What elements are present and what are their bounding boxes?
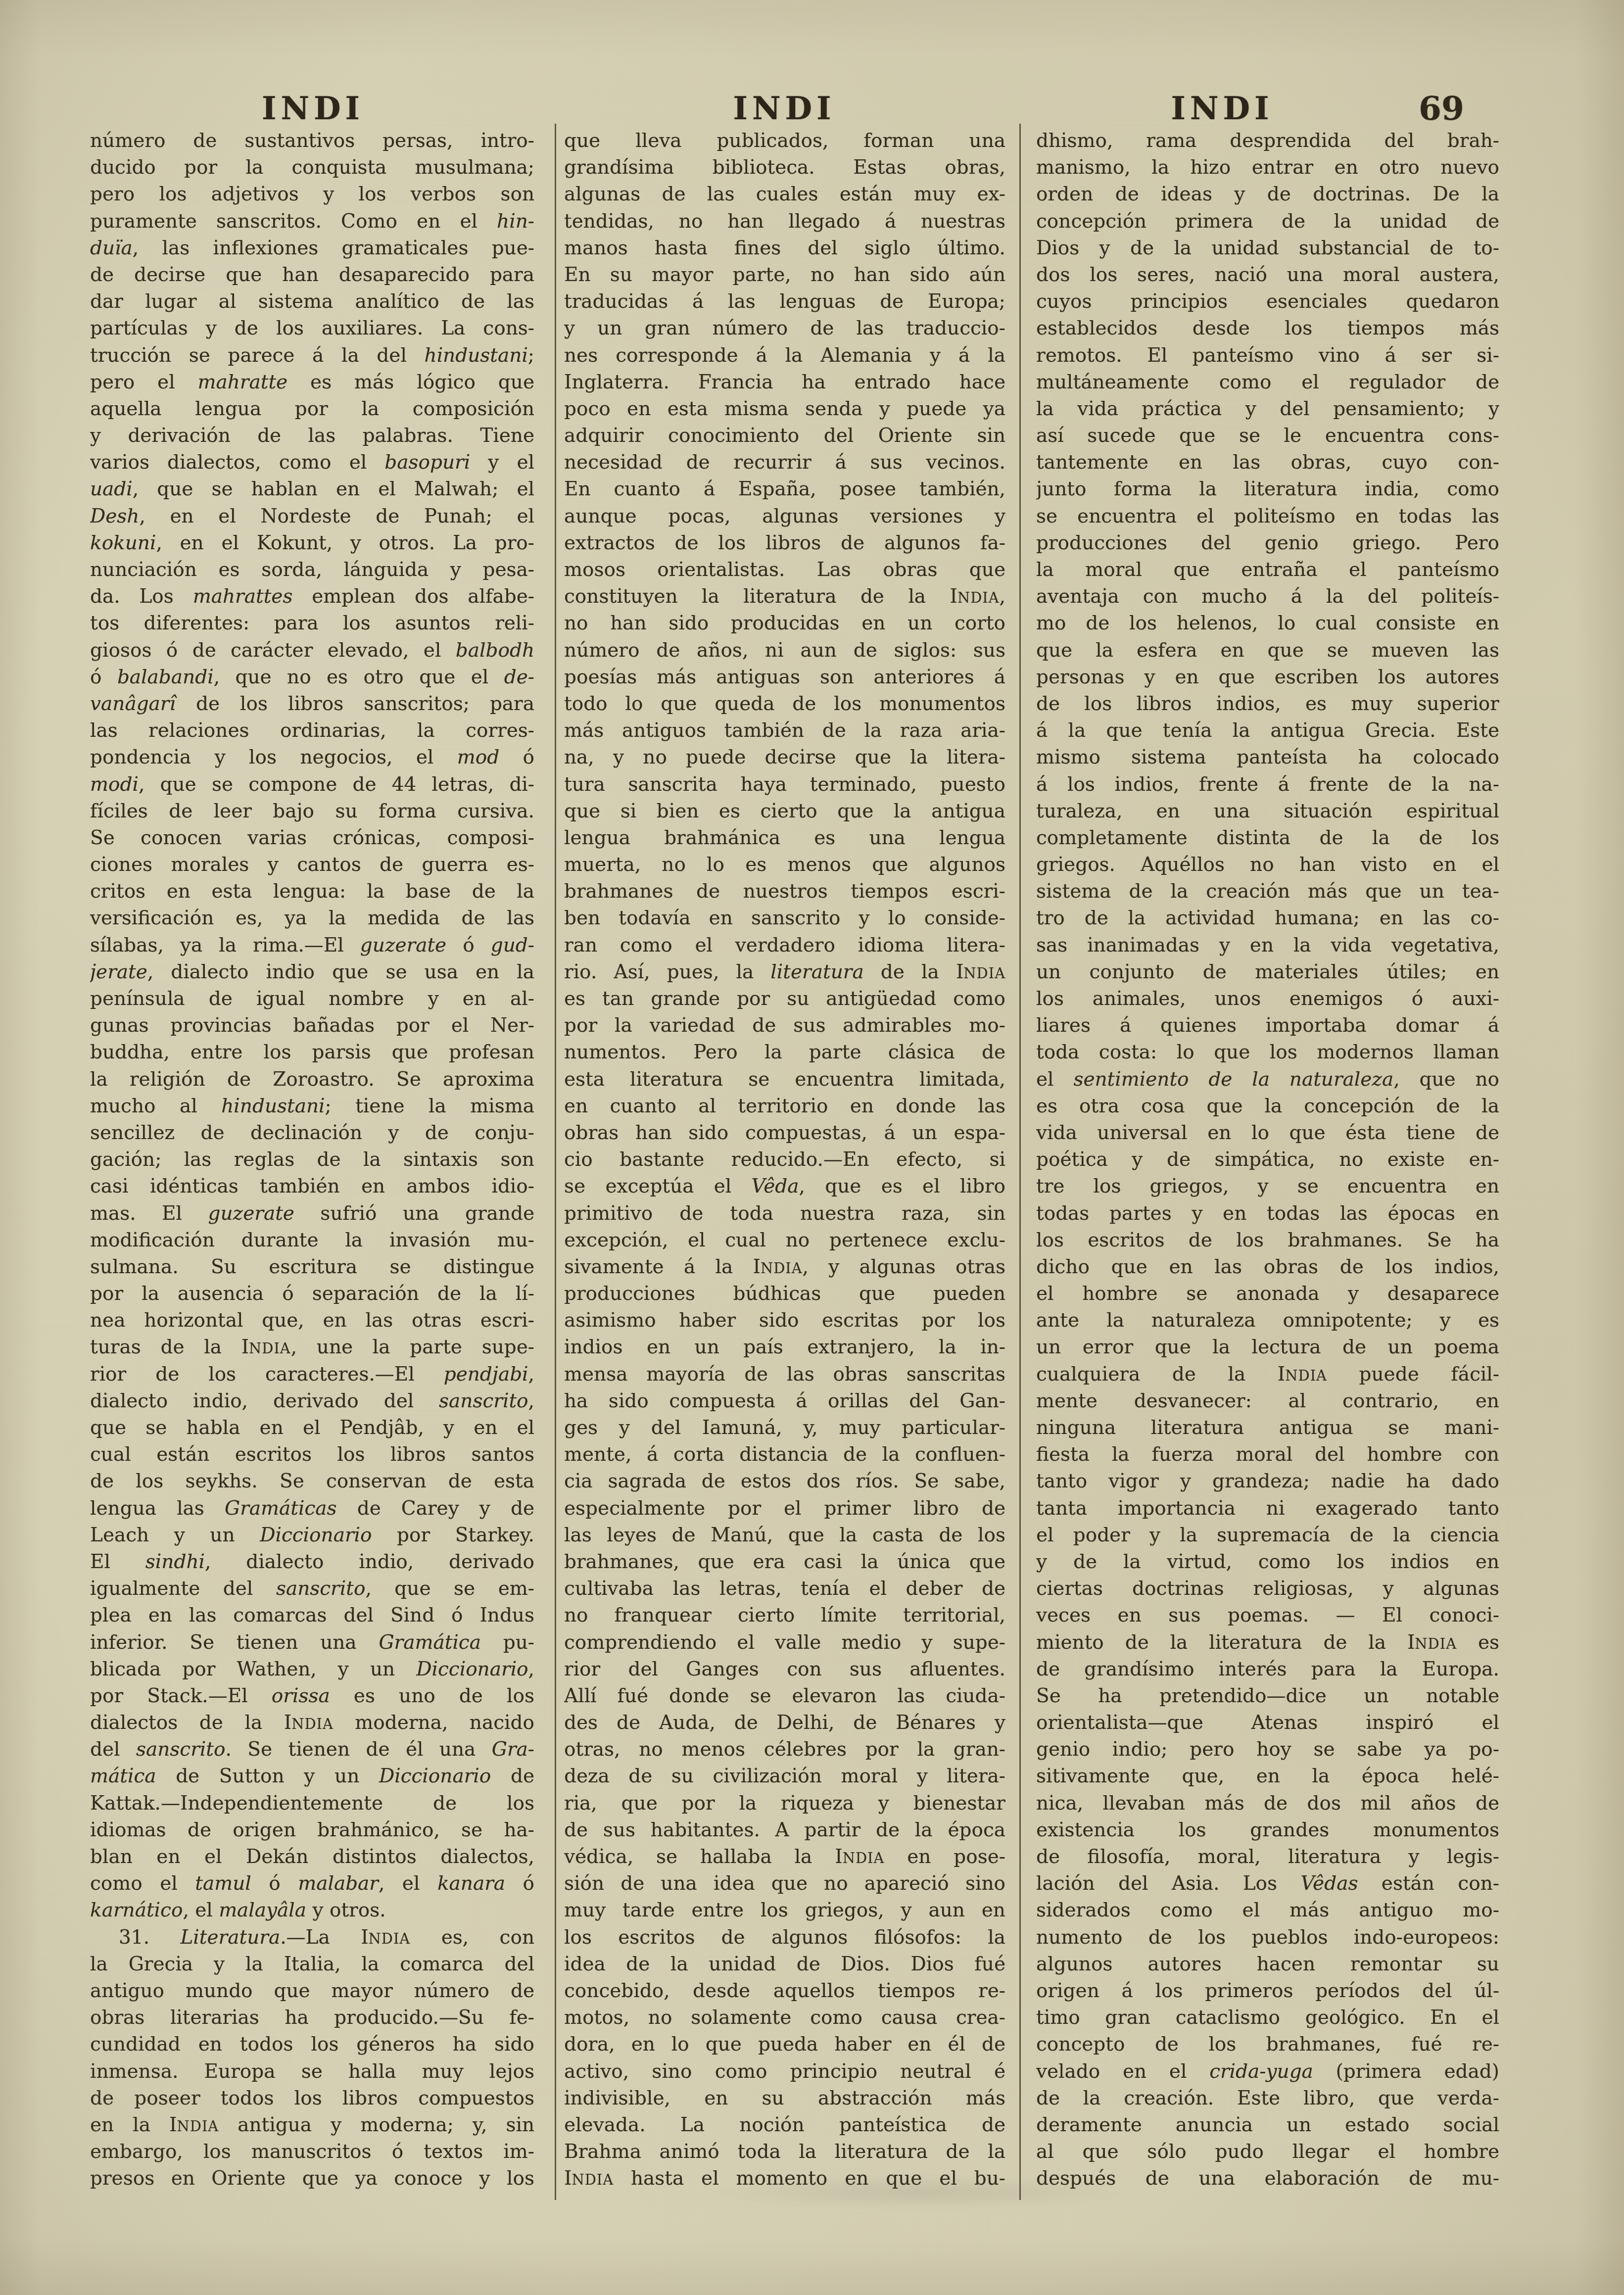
text-line: des de Auda, de Delhi, de Bénares y (564, 1710, 1005, 1736)
text-line: otras, no menos célebres por la gran- (564, 1736, 1005, 1763)
text-line: numentos. Pero la parte clásica de (564, 1039, 1005, 1066)
text-line: cio bastante reducido.—En efecto, si (564, 1147, 1005, 1173)
text-line: activo, sino como principio neutral é (564, 2058, 1005, 2085)
text-line: ninguna literatura antigua se mani- (1036, 1415, 1499, 1441)
text-line: de sus habitantes. A partir de la época (564, 1817, 1005, 1844)
text-line: miento de la literatura de la India es (1036, 1629, 1499, 1656)
text-line: deza de su civilización moral y litera- (564, 1763, 1005, 1790)
running-head-col1: INDI (89, 90, 537, 130)
text-line: sulmana. Su escritura se distingue (90, 1254, 534, 1281)
text-line: concepción primera de la unidad de (1036, 208, 1499, 235)
text-line: vida universal en lo que ésta tiene de (1036, 1120, 1499, 1147)
text-line: jerate, dialecto indio que se usa en la (90, 959, 534, 986)
text-line: de los libros indios, es muy superior (1036, 691, 1499, 717)
text-line: plea en las comarcas del Sind ó Indus (90, 1602, 534, 1629)
text-line: Desh, en el Nordeste de Punah; el (90, 503, 534, 530)
text-line: la vida práctica y del pensamiento; y (1036, 396, 1499, 423)
text-line: ges y del Iamuná, y, muy particular- (564, 1415, 1005, 1441)
text-line: poco en esta misma senda y puede ya (564, 396, 1005, 423)
text-line: veces en sus poemas. — El conoci- (1036, 1602, 1499, 1629)
text-line: timo gran cataclismo geológico. En el (1036, 2005, 1499, 2031)
text-line: presos en Oriente que ya conoce y los (90, 2165, 534, 2192)
text-line: rior de los caracteres.—El pendjabi, (90, 1361, 534, 1388)
text-line: orden de ideas y de doctrinas. De la (1036, 181, 1499, 208)
text-line: origen á los primeros períodos del úl- (1036, 1978, 1499, 2005)
text-line: idea de la unidad de Dios. Dios fué (564, 1951, 1005, 1978)
text-line: cuyos principios esenciales quedaron (1036, 288, 1499, 315)
text-column-1: número de sustantivos persas, intro-duci… (90, 128, 534, 2192)
text-line: mática de Sutton y un Diccionario de (90, 1763, 534, 1790)
text-line: es tan grande por su antigüedad como (564, 986, 1005, 1012)
text-line: pondencia y los negocios, el mod ó (90, 744, 534, 771)
text-line: gunas provincias bañadas por el Ner- (90, 1012, 534, 1039)
text-line: tura sanscrita haya terminado, puesto (564, 771, 1005, 798)
text-line: un conjunto de materiales útiles; en (1036, 959, 1499, 986)
text-line: dar lugar al sistema analítico de las (90, 288, 534, 315)
text-line: número de sustantivos persas, intro- (90, 128, 534, 154)
text-line: griegos. Aquéllos no han visto en el (1036, 852, 1499, 878)
text-line: 31. Literatura.—La India es, con (90, 1924, 534, 1951)
text-line: remotos. El panteísmo vino á ser si- (1036, 342, 1499, 369)
text-line: adquirir conocimiento del Oriente sin (564, 423, 1005, 449)
text-line: uadi, que se hablan en el Malwah; el (90, 476, 534, 503)
text-line: de poseer todos los libros compuestos (90, 2085, 534, 2112)
text-line: no han sido producidas en un corto (564, 610, 1005, 637)
text-line: tro de la actividad humana; en las co- (1036, 905, 1499, 932)
text-line: existencia los grandes monumentos (1036, 1817, 1499, 1844)
text-line: giosos ó de carácter elevado, el balbodh (90, 637, 534, 664)
text-line: brahmanes, que era casi la única que (564, 1549, 1005, 1576)
text-line: todo lo que queda de los monumentos (564, 691, 1005, 717)
text-line: por la ausencia ó separación de la lí- (90, 1281, 534, 1307)
running-head-col3: INDI (1034, 90, 1410, 130)
page-number: 69 (1404, 89, 1479, 129)
text-line: elevada. La noción panteística de (564, 2112, 1005, 2139)
text-line: fíciles de leer bajo su forma cursiva. (90, 798, 534, 825)
text-line: trucción se parece á la del hindustani; (90, 342, 534, 369)
text-line: poética y de simpática, no existe en- (1036, 1147, 1499, 1173)
text-column-3: dhismo, rama desprendida del brah-manism… (1036, 128, 1499, 2192)
text-line: producciones del genio griego. Pero (1036, 530, 1499, 557)
text-line: como el tamul ó malabar, el kanara ó (90, 1870, 534, 1897)
text-line: védica, se hallaba la India en pose- (564, 1844, 1005, 1870)
text-line: de grandísimo interés para la Europa. (1036, 1656, 1499, 1683)
text-line: por la variedad de sus admirables mo- (564, 1012, 1005, 1039)
text-line: que la esfera en que se mueven las (1036, 637, 1499, 664)
text-line: y de la virtud, como los indios en (1036, 1549, 1499, 1576)
text-line: deramente anuncia un estado social (1036, 2112, 1499, 2139)
text-line: velado en el crida-yuga (primera edad) (1036, 2058, 1499, 2085)
text-line: tanto vigor y grandeza; nadie ha dado (1036, 1468, 1499, 1495)
text-line: la Grecia y la Italia, la comarca del (90, 1951, 534, 1978)
text-line: embargo, los manuscritos ó textos im- (90, 2139, 534, 2165)
text-line: tantemente en las obras, cuyo con- (1036, 449, 1499, 476)
text-line: traducidas á las lenguas de Europa; (564, 288, 1005, 315)
column-divider-1 (555, 124, 556, 2200)
text-line: se encuentra el politeísmo en todas las (1036, 503, 1499, 530)
text-line: vanâgarî de los libros sanscritos; para (90, 691, 534, 717)
text-line: rior del Ganges con sus afluentes. (564, 1656, 1005, 1683)
text-line: ben todavía en sanscrito y lo conside- (564, 905, 1005, 932)
text-line: Kattak.—Independientemente de los (90, 1790, 534, 1817)
text-line: buddha, entre los parsis que profesan (90, 1039, 534, 1066)
text-line: á la que tenía la antigua Grecia. Este (1036, 717, 1499, 744)
text-line: los animales, unos enemigos ó auxi- (1036, 986, 1499, 1012)
text-line: extractos de los libros de algunos fa- (564, 530, 1005, 557)
text-line: dialectos de la India moderna, nacido (90, 1710, 534, 1736)
text-line: obras han sido compuestas, á un espa- (564, 1120, 1005, 1147)
text-line: mosos orientalistas. Las obras que (564, 557, 1005, 583)
text-line: manos hasta fines del siglo último. (564, 235, 1005, 262)
text-line: el sentimiento de la naturaleza, que no (1036, 1066, 1499, 1093)
text-line: dialecto indio, derivado del sanscrito, (90, 1388, 534, 1415)
text-line: Leach y un Diccionario por Starkey. (90, 1522, 534, 1549)
text-line: es otra cosa que la concepción de la (1036, 1093, 1499, 1120)
text-line: India hasta el momento en que el bu- (564, 2165, 1005, 2192)
text-line: concepto de los brahmanes, fué re- (1036, 2031, 1499, 2058)
text-line: mo de los helenos, lo cual consiste en (1036, 610, 1499, 637)
text-line: Se ha pretendido—dice un notable (1036, 1683, 1499, 1710)
text-line: mente, á corta distancia de la confluen- (564, 1441, 1005, 1468)
text-line: personas y en que escriben los autores (1036, 664, 1499, 691)
text-line: primitivo de toda nuestra raza, sin (564, 1200, 1005, 1227)
text-line: critos en esta lengua: la base de la (90, 878, 534, 905)
text-line: mas. El guzerate sufrió una grande (90, 1200, 534, 1227)
text-line: cia sagrada de estos dos ríos. Se sabe, (564, 1468, 1005, 1495)
text-line: lengua las Gramáticas de Carey y de (90, 1495, 534, 1522)
text-line: brahmanes de nuestros tiempos escri- (564, 878, 1005, 905)
text-line: sivamente á la India, y algunas otras (564, 1254, 1005, 1281)
text-line: siderados como el más antiguo mo- (1036, 1897, 1499, 1924)
text-line: junto forma la literatura india, como (1036, 476, 1499, 503)
text-line: motos, no solamente como causa crea- (564, 2005, 1005, 2031)
text-line: En cuanto á España, posee también, (564, 476, 1005, 503)
text-line: Dios y de la unidad substancial de to- (1036, 235, 1499, 262)
text-line: se exceptúa el Vêda, que es el libro (564, 1173, 1005, 1200)
text-line: turaleza, en una situación espiritual (1036, 798, 1499, 825)
text-column-2: que lleva publicados, forman unagrandísi… (564, 128, 1005, 2192)
text-line: muy tarde entre los griegos, y aun en (564, 1897, 1005, 1924)
text-line: sílabas, ya la rima.—El guzerate ó gud- (90, 932, 534, 959)
text-line: de la creación. Este libro, que verda- (1036, 2085, 1499, 2112)
text-line: mensa mayoría de las obras sanscritas (564, 1361, 1005, 1388)
text-line: producciones búdhicas que pueden (564, 1281, 1005, 1307)
text-line: en la India antigua y moderna; y, sin (90, 2112, 534, 2139)
text-line: ran como el verdadero idioma litera- (564, 932, 1005, 959)
text-line: blicada por Wathen, y un Diccionario, (90, 1656, 534, 1683)
text-line: mucho al hindustani; tiene la misma (90, 1093, 534, 1120)
text-line: duïa, las inflexiones gramaticales pue- (90, 235, 534, 262)
text-line: poesías más antiguas son anteriores á (564, 664, 1005, 691)
text-line: más antiguos también de la raza aria- (564, 717, 1005, 744)
text-line: ó balabandi, que no es otro que el de- (90, 664, 534, 691)
text-line: ciones morales y cantos de guerra es- (90, 852, 534, 878)
text-line: que si bien es cierto que la antigua (564, 798, 1005, 825)
text-line: todas partes y en todas las épocas en (1036, 1200, 1499, 1227)
text-line: grandísima biblioteca. Estas obras, (564, 154, 1005, 181)
text-line: necesidad de recurrir á sus vecinos. (564, 449, 1005, 476)
text-line: los escritos de algunos filósofos: la (564, 1924, 1005, 1951)
text-line: mente desvanecer: al contrario, en (1036, 1388, 1499, 1415)
text-line: por Stack.—El orissa es uno de los (90, 1683, 534, 1710)
text-line: península de igual nombre y en al- (90, 986, 534, 1012)
text-line: aunque pocas, algunas versiones y (564, 503, 1005, 530)
text-line: rio. Así, pues, la literatura de la Indi… (564, 959, 1005, 986)
text-line: orientalista—que Atenas inspiró el (1036, 1710, 1499, 1736)
text-line: cultivaba las letras, tenía el deber de (564, 1576, 1005, 1602)
text-line: las relaciones ordinarias, la corres- (90, 717, 534, 744)
text-line: establecidos desde los tiempos más (1036, 315, 1499, 342)
text-line: ha sido compuesta á orillas del Gan- (564, 1388, 1005, 1415)
text-line: En su mayor parte, no han sido aún (564, 262, 1005, 288)
text-line: del sanscrito. Se tienen de él una Gra- (90, 1736, 534, 1763)
text-line: pero los adjetivos y los verbos son (90, 181, 534, 208)
text-line: puramente sanscritos. Como en el hin- (90, 208, 534, 235)
text-line: algunas de las cuales están muy ex- (564, 181, 1005, 208)
text-line: na, y no puede decirse que la litera- (564, 744, 1005, 771)
text-line: sitivamente que, en la época helé- (1036, 1763, 1499, 1790)
text-line: los escritos de los brahmanes. Se ha (1036, 1227, 1499, 1254)
text-line: gación; las reglas de la sintaxis son (90, 1147, 534, 1173)
text-line: ciertas doctrinas religiosas, y algunas (1036, 1576, 1499, 1602)
text-line: idiomas de origen brahmánico, se ha- (90, 1817, 534, 1844)
text-line: obras literarias ha producido.—Su fe- (90, 2005, 534, 2031)
text-line: esta literatura se encuentra limitada, (564, 1066, 1005, 1093)
text-line: y un gran número de las traduccio- (564, 315, 1005, 342)
text-line: varios dialectos, como el basopuri y el (90, 449, 534, 476)
text-line: lengua brahmánica es una lengua (564, 825, 1005, 852)
text-line: dos los seres, nació una moral austera, (1036, 262, 1499, 288)
text-line: excepción, el cual no pertenece exclu- (564, 1227, 1005, 1254)
text-line: Allí fué donde se elevaron las ciuda- (564, 1683, 1005, 1710)
text-line: algunos autores hacen remontar su (1036, 1951, 1499, 1978)
text-line: dora, en lo que pueda haber en él de (564, 2031, 1005, 2058)
text-line: lación del Asia. Los Vêdas están con- (1036, 1870, 1499, 1897)
text-line: muerta, no lo es menos que algunos (564, 852, 1005, 878)
text-line: turas de la India, une la parte supe- (90, 1334, 534, 1361)
text-line: nea horizontal que, en las otras escri- (90, 1307, 534, 1334)
text-line: ante la naturaleza omnipotente; y es (1036, 1307, 1499, 1334)
text-line: especialmente por el primer libro de (564, 1495, 1005, 1522)
text-line: ria, que por la riqueza y bienestar (564, 1790, 1005, 1817)
text-line: ducido por la conquista musulmana; (90, 154, 534, 181)
text-line: multáneamente como el regulador de (1036, 369, 1499, 396)
text-line: completamente distinta de la de los (1036, 825, 1499, 852)
text-line: comprendiendo el valle medio y supe- (564, 1629, 1005, 1656)
text-line: dhismo, rama desprendida del brah- (1036, 128, 1499, 154)
scanned-page: INDI INDI INDI 69 número de sustantivos … (0, 0, 1624, 2295)
text-line: sas inanimadas y en la vida vegetativa, (1036, 932, 1499, 959)
text-line: así sucede que se le encuentra cons- (1036, 423, 1499, 449)
text-line: cualquiera de la India puede fácil- (1036, 1361, 1499, 1388)
text-line: á los indios, frente á frente de la na- (1036, 771, 1499, 798)
text-line: de decirse que han desaparecido para (90, 262, 534, 288)
text-line: indios en un país extranjero, la in- (564, 1334, 1005, 1361)
text-line: genio indio; pero hoy se sabe ya po- (1036, 1736, 1499, 1763)
text-line: Se conocen varias crónicas, composi- (90, 825, 534, 852)
text-line: toda costa: lo que los modernos llaman (1036, 1039, 1499, 1066)
text-line: la religión de Zoroastro. Se aproxima (90, 1066, 534, 1093)
text-line: dicho que en las obras de los indios, (1036, 1254, 1499, 1281)
text-line: nica, llevaban más de dos mil años de (1036, 1790, 1499, 1817)
text-line: blan en el Dekán distintos dialectos, (90, 1844, 534, 1870)
text-line: El sindhi, dialecto indio, derivado (90, 1549, 534, 1576)
text-line: el hombre se anonada y desaparece (1036, 1281, 1499, 1307)
text-line: igualmente del sanscrito, que se em- (90, 1576, 534, 1602)
text-line: karnático, el malayâla y otros. (90, 1897, 534, 1924)
text-line: modificación durante la invasión mu- (90, 1227, 534, 1254)
text-line: de filosofía, moral, literatura y legis- (1036, 1844, 1499, 1870)
text-line: las leyes de Manú, que la casta de los (564, 1522, 1005, 1549)
text-line: concebido, desde aquellos tiempos re- (564, 1978, 1005, 2005)
text-line: después de una elaboración de mu- (1036, 2165, 1499, 2192)
text-line: de los seykhs. Se conservan de esta (90, 1468, 534, 1495)
text-line: partículas y de los auxiliares. La cons- (90, 315, 534, 342)
text-line: numento de los pueblos indo-europeos: (1036, 1924, 1499, 1951)
text-line: tos diferentes: para los asuntos reli- (90, 610, 534, 637)
text-line: número de años, ni aun de siglos: sus (564, 637, 1005, 664)
text-line: inmensa. Europa se halla muy lejos (90, 2058, 534, 2085)
text-line: inferior. Se tienen una Gramática pu- (90, 1629, 534, 1656)
text-line: en cuanto al territorio en donde las (564, 1093, 1005, 1120)
text-line: da. Los mahrattes emplean dos alfabe- (90, 583, 534, 610)
running-head-col2: INDI (562, 90, 1007, 130)
text-line: un error que la lectura de un poema (1036, 1334, 1499, 1361)
text-line: liares á quienes importaba domar á (1036, 1012, 1499, 1039)
text-line: no franquear cierto límite territorial, (564, 1602, 1005, 1629)
column-divider-2 (1019, 124, 1021, 2200)
text-line: antiguo mundo que mayor número de (90, 1978, 534, 2005)
text-line: tendidas, no han llegado á nuestras (564, 208, 1005, 235)
text-line: constituyen la literatura de la India, (564, 583, 1005, 610)
text-line: indivisible, en su abstracción más (564, 2085, 1005, 2112)
text-line: Brahma animó toda la literatura de la (564, 2139, 1005, 2165)
text-line: nes corresponde á la Alemania y á la (564, 342, 1005, 369)
text-line: aquella lengua por la composición (90, 396, 534, 423)
text-line: versificación es, ya la medida de las (90, 905, 534, 932)
text-line: pero el mahratte es más lógico que (90, 369, 534, 396)
text-line: kokuni, en el Kokunt, y otros. La pro- (90, 530, 534, 557)
text-line: tanta importancia ni exagerado tanto (1036, 1495, 1499, 1522)
text-line: manismo, la hizo entrar en otro nuevo (1036, 154, 1499, 181)
text-line: tre los griegos, y se encuentra en (1036, 1173, 1499, 1200)
text-line: al que sólo pudo llegar el hombre (1036, 2139, 1499, 2165)
text-line: sistema de la creación más que un tea- (1036, 878, 1499, 905)
text-line: aventaja con mucho á la del politeís- (1036, 583, 1499, 610)
text-line: sión de una idea que no apareció sino (564, 1870, 1005, 1897)
text-line: nunciación es sorda, lánguida y pesa- (90, 557, 534, 583)
text-line: cual están escritos los libros santos (90, 1441, 534, 1468)
text-line: casi idénticas también en ambos idio- (90, 1173, 534, 1200)
text-line: el poder y la supremacía de la ciencia (1036, 1522, 1499, 1549)
text-line: y derivación de las palabras. Tiene (90, 423, 534, 449)
text-line: mismo sistema panteísta ha colocado (1036, 744, 1499, 771)
text-line: asimismo haber sido escritas por los (564, 1307, 1005, 1334)
text-line: cundidad en todos los géneros ha sido (90, 2031, 534, 2058)
text-line: fiesta la fuerza moral del hombre con (1036, 1441, 1499, 1468)
text-line: que lleva publicados, forman una (564, 128, 1005, 154)
text-line: que se habla en el Pendjâb, y en el (90, 1415, 534, 1441)
text-line: modi, que se compone de 44 letras, di- (90, 771, 534, 798)
text-line: la moral que entraña el panteísmo (1036, 557, 1499, 583)
text-line: sencillez de declinación y de conju- (90, 1120, 534, 1147)
text-line: Inglaterra. Francia ha entrado hace (564, 369, 1005, 396)
